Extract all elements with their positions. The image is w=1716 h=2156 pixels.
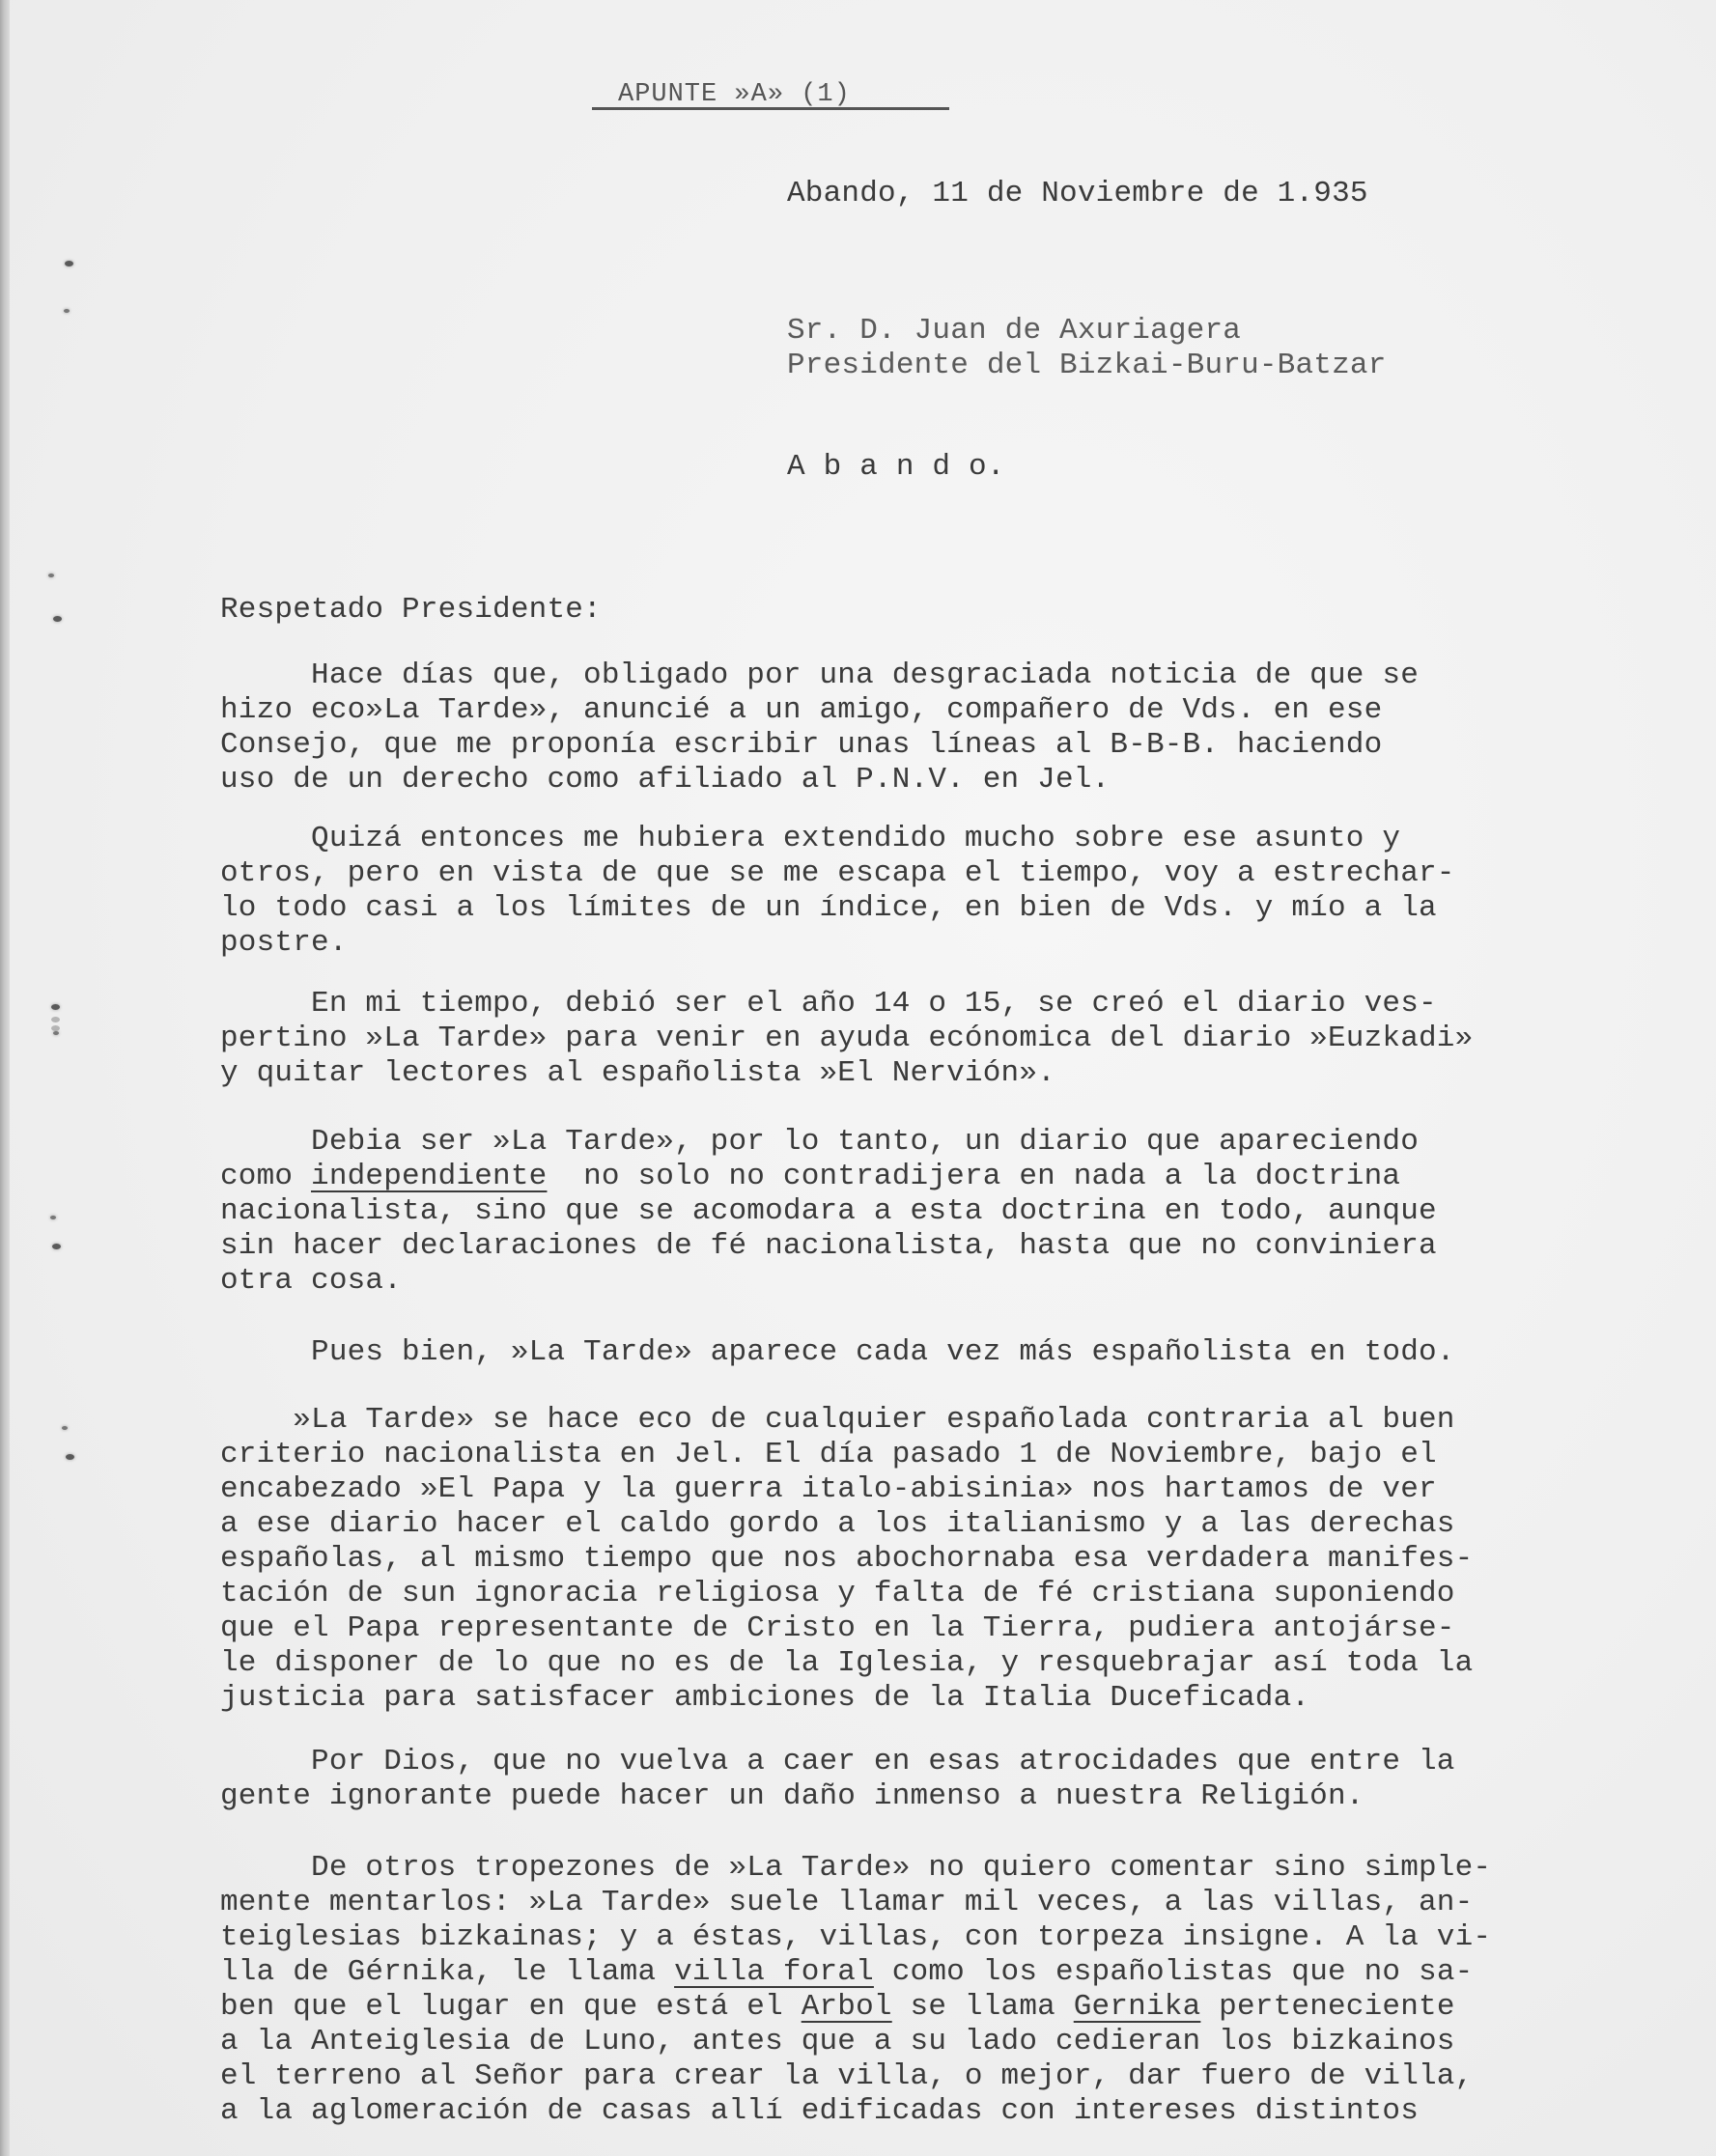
paragraph-4-line: sin hacer declaraciones de fé nacionalis… — [220, 1229, 1437, 1264]
paragraph-8-line: mente mentarlos: »La Tarde» suele llamar… — [220, 1886, 1473, 1920]
paragraph-8-line: lla de Gérnika, le llama villa foral com… — [220, 1955, 1473, 1990]
paragraph-8-line: el terreno al Señor para crear la villa,… — [220, 2059, 1473, 2094]
paragraph-2-line: otros, pero en vista de que se me escapa… — [220, 856, 1455, 891]
paragraph-4-line: nacionalista, sino que se acomodara a es… — [220, 1194, 1437, 1229]
paragraph-1-line: Hace días que, obligado por una desgraci… — [220, 658, 1419, 693]
paragraph-8-line: a la aglomeración de casas allí edificad… — [220, 2094, 1419, 2129]
paragraph-3-line: pertino »La Tarde» para venir en ayuda e… — [220, 1022, 1473, 1056]
paragraph-6-line: »La Tarde» se hace eco de cualquier espa… — [220, 1403, 1455, 1438]
punch-hole-mark — [53, 1031, 59, 1035]
paragraph-6-line: a ese diario hacer el caldo gordo a los … — [220, 1507, 1455, 1542]
punch-hole-mark — [65, 261, 73, 266]
paragraph-6-line: tación de sun ignoracia religiosa y falt… — [220, 1577, 1455, 1611]
punch-hole-mark — [62, 1426, 68, 1430]
paragraph-4-line: como independiente no solo no contradije… — [220, 1160, 1400, 1194]
paragraph-7-line: gente ignorante puede hacer un daño inme… — [220, 1779, 1364, 1814]
underlined-term: Gernika — [1074, 1990, 1201, 2024]
underlined-term: independiente — [311, 1160, 547, 1193]
title-underline — [592, 107, 949, 110]
recipient-title: Presidente del Bizkai-Buru-Batzar — [787, 349, 1387, 383]
paragraph-1-line: hizo eco»La Tarde», anuncié a un amigo, … — [220, 693, 1382, 728]
punch-hole-mark — [53, 616, 62, 622]
paper-left-edge — [0, 0, 10, 2156]
paragraph-7-line: Por Dios, que no vuelva a caer en esas a… — [220, 1745, 1455, 1779]
salutation: Respetado Presidente: — [220, 593, 602, 628]
paragraph-2-line: postre. — [220, 926, 348, 961]
paragraph-4-line: Debia ser »La Tarde», por lo tanto, un d… — [220, 1125, 1419, 1160]
paragraph-1-line: uso de un derecho como afiliado al P.N.V… — [220, 763, 1110, 798]
paragraph-2-line: lo todo casi a los límites de un índice,… — [220, 891, 1437, 926]
paragraph-2-line: Quizá entonces me hubiera extendido much… — [220, 822, 1400, 856]
paragraph-8-line: teiglesias bizkainas; y a éstas, villas,… — [220, 1920, 1491, 1955]
dateline: Abando, 11 de Noviembre de 1.935 — [787, 177, 1368, 211]
paragraph-5-line: Pues bien, »La Tarde» aparece cada vez m… — [220, 1335, 1455, 1370]
typewritten-letter-page: APUNTE »A» (1) Abando, 11 de Noviembre d… — [0, 0, 1716, 2156]
paragraph-8-line: a la Anteiglesia de Luno, antes que a su… — [220, 2025, 1455, 2059]
punch-hole-mark — [51, 1017, 60, 1022]
underlined-term: villa foral — [674, 1955, 874, 1989]
punch-hole-mark — [51, 1004, 60, 1010]
paragraph-3-line: En mi tiempo, debió ser el año 14 o 15, … — [220, 987, 1437, 1022]
paragraph-1-line: Consejo, que me proponía escribir unas l… — [220, 728, 1382, 763]
paragraph-8-line: ben que el lugar en que está el Arbol se… — [220, 1990, 1455, 2025]
paragraph-6-line: criterio nacionalista en Jel. El día pas… — [220, 1438, 1437, 1472]
punch-hole-mark — [48, 574, 54, 577]
underlined-term: Arbol — [802, 1990, 892, 2024]
paragraph-8-line: De otros tropezones de »La Tarde» no qui… — [220, 1851, 1491, 1886]
paragraph-6-line: españolas, al mismo tiempo que nos aboch… — [220, 1542, 1473, 1577]
paragraph-6-line: justicia para satisfacer ambiciones de l… — [220, 1681, 1309, 1716]
recipient-name: Sr. D. Juan de Axuriagera — [787, 314, 1241, 349]
punch-hole-mark — [66, 1454, 74, 1460]
punch-hole-mark — [50, 1216, 56, 1219]
recipient-place: A b a n d o. — [787, 450, 1005, 485]
paragraph-4-line: otra cosa. — [220, 1264, 402, 1299]
paragraph-6-line: le disponer de lo que no es de la Iglesi… — [220, 1646, 1473, 1681]
paragraph-6-line: encabezado »El Papa y la guerra italo-ab… — [220, 1472, 1437, 1507]
punch-hole-mark — [52, 1244, 61, 1249]
paragraph-6-line: que el Papa representante de Cristo en l… — [220, 1611, 1455, 1646]
punch-hole-mark — [64, 309, 70, 313]
paragraph-3-line: y quitar lectores al españolista »El Ner… — [220, 1056, 1055, 1091]
